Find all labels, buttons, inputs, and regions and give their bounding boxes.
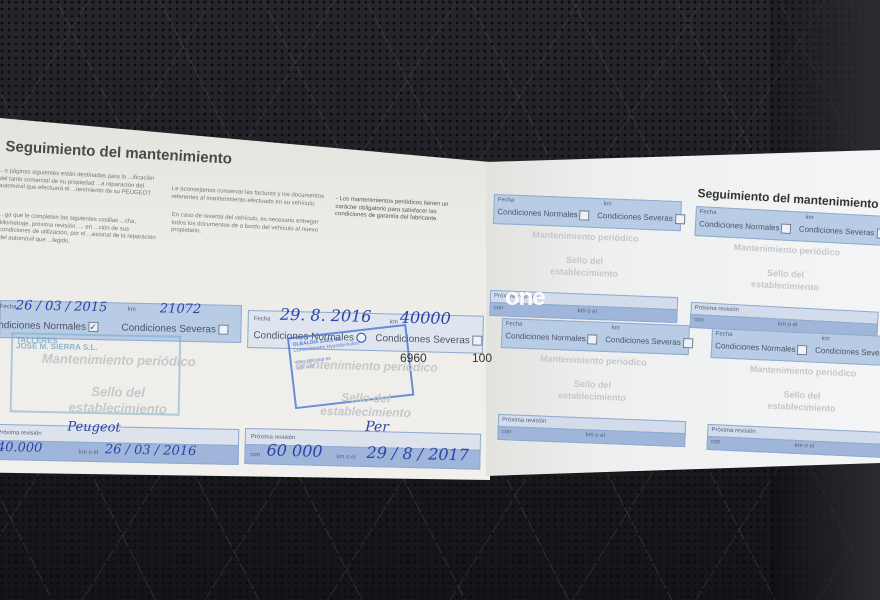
next-km-prefix: con (494, 305, 504, 311)
section-label: Mantenimiento periódico (500, 352, 686, 369)
checkbox-severe[interactable] (675, 214, 685, 224)
km-label: km (604, 201, 612, 207)
date-value: 26 / 03 / 2015 (16, 298, 108, 315)
next-km-prefix: con (502, 429, 512, 435)
checkbox-normal-checked[interactable]: ✓ (88, 322, 98, 332)
overlay-number: 6960 (400, 351, 427, 365)
checkbox-normal[interactable] (588, 334, 598, 344)
maintenance-entry: Fecha 26 / 03 / 2015 km 21072 Condicione… (0, 300, 245, 470)
next-km-prefix: con (711, 439, 721, 445)
date-label: Fecha (700, 209, 717, 216)
next-revision-label: Próxima revisión (0, 430, 42, 437)
checkbox-severe[interactable] (472, 336, 482, 346)
signature: Peugeot (67, 419, 121, 435)
km-label: km (128, 307, 136, 313)
km-label: km (821, 336, 829, 342)
next-date-label: km o el (778, 321, 798, 328)
maintenance-booklet: Seguimiento del mantenimiento ...s págin… (0, 0, 880, 600)
next-date-label: km o el (79, 450, 98, 456)
checkbox-normal[interactable] (580, 210, 590, 220)
km-label: km (805, 215, 813, 221)
date-label: Fecha (0, 304, 17, 310)
checkbox-severe[interactable] (876, 228, 880, 239)
blank-maintenance-entry: Fecha km Condiciones Normales Condicione… (496, 318, 692, 475)
next-km-prefix: con (250, 452, 260, 458)
signature: Per (365, 419, 389, 436)
next-km-prefix: con (694, 317, 704, 323)
stamp-placeholder: establecimiento (18, 398, 218, 417)
date-label: Fecha (506, 321, 523, 328)
checkbox-severe[interactable] (218, 325, 228, 335)
date-label: Fecha (716, 331, 733, 338)
checkbox-normal[interactable] (797, 345, 807, 355)
condition-normal: Condiciones Normales✓ (0, 320, 98, 333)
next-date-label: km o el (577, 308, 597, 315)
date-label: Fecha (498, 197, 515, 204)
date-value: 29. 8. 2016 (280, 305, 372, 326)
next-km-value: 40.000 (0, 440, 43, 456)
next-date-value: 29 / 8 / 2017 (366, 443, 469, 464)
overlay-number: 100 (472, 351, 492, 365)
km-value: 21072 (160, 301, 202, 317)
section-label: Mantenimiento periódico (492, 228, 678, 245)
km-value: 40000 (400, 308, 451, 328)
next-date-value: 26 / 03 / 2016 (105, 442, 197, 459)
blank-maintenance-entry: Fecha km Condiciones Normales Condicione… (705, 328, 880, 486)
next-km-value: 60 000 (266, 440, 322, 460)
condition-severe: Condiciones Severas (121, 323, 228, 336)
km-label: km (612, 325, 620, 331)
date-label: Fecha (254, 316, 271, 322)
checkbox-normal[interactable] (781, 224, 792, 235)
maintenance-entry: Fecha 29. 8. 2016 km 40000 Condiciones N… (244, 310, 488, 476)
next-date-label: km o el (336, 454, 355, 460)
watermark-logo: one (505, 284, 545, 312)
next-date-label: km o el (585, 432, 605, 439)
next-date-label: km o el (795, 443, 815, 450)
section-label: Mantenimiento periódico (710, 362, 880, 380)
checkbox-severe[interactable] (683, 338, 693, 348)
